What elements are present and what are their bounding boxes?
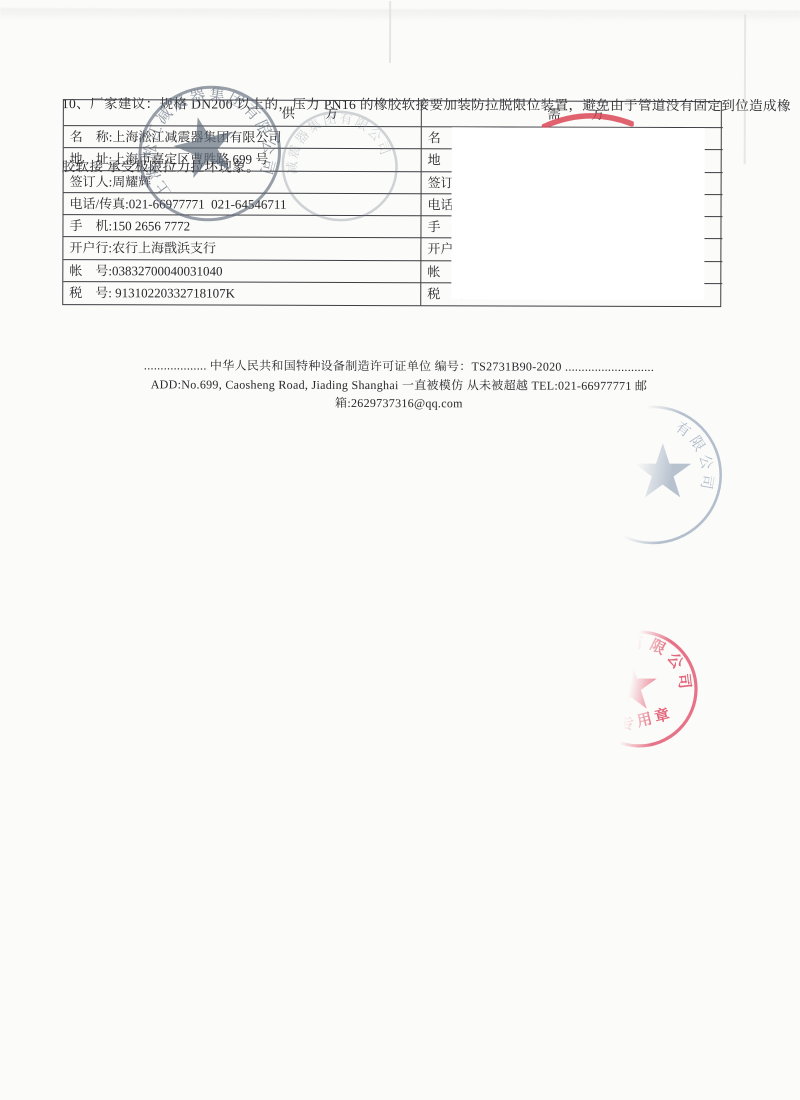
red-arc-path xyxy=(544,116,632,127)
star-icon xyxy=(605,660,656,709)
svg-text:有限公司: 有限公司 xyxy=(672,418,717,494)
email-line: 箱:2629737316@qq.com xyxy=(27,393,771,414)
scan-shadow-band xyxy=(0,8,800,23)
supplier-bank-cell: 开户行:农行上海戬浜支行 xyxy=(63,237,421,260)
supplier-address-cell: 地 址:上海市嘉定区曹胜路 699 号 xyxy=(64,148,422,171)
license-line: ................... 中华人民共和国特种设备制造许可证单位 编… xyxy=(27,356,771,377)
scanned-contract-page: 10、厂家建议：规格 DN200 以上的，压力 PN16 的橡胶软接要加装防拉脱… xyxy=(0,0,800,1100)
supplier-name-cell: 名 称:上海淞江减震器集团有限公司 xyxy=(64,126,422,149)
supplier-phone-cell: 电话/传真:021-66977771 021-64546711 xyxy=(64,193,422,216)
red-stamp-arc xyxy=(542,107,634,129)
supplier-signer-cell: 签订人:周耀辉 xyxy=(64,171,422,194)
scan-content: 10、厂家建议：规格 DN200 以上的，压力 PN16 的橡胶软接要加装防拉脱… xyxy=(0,0,800,1100)
svg-text:有限公司: 有限公司 xyxy=(628,634,695,695)
faint-company-seal-stamp: 有限公司 xyxy=(572,395,733,556)
red-company-seal-stamp: 有限公司 专用章 xyxy=(569,619,709,759)
seal-ring-text: 有限公司 xyxy=(628,634,695,695)
whiteout-patch xyxy=(451,127,705,300)
seal-ring xyxy=(582,632,696,746)
seal-ring xyxy=(584,407,720,543)
supplier-tax-cell: 税 号: 91310220332718107K xyxy=(63,282,421,305)
license-footer: ................... 中华人民共和国特种设备制造许可证单位 编… xyxy=(27,356,771,414)
star-icon xyxy=(634,443,691,497)
supplier-account-cell: 帐 号:03832700040031040 xyxy=(63,260,421,283)
supplier-mobile-cell: 手 机:150 2656 7772 xyxy=(63,215,421,238)
seal-bottom-text: 专用章 xyxy=(618,704,675,734)
address-line: ADD:No.699, Caosheng Road, Jiading Shang… xyxy=(27,374,771,395)
seal-ring-text: 有限公司 xyxy=(672,418,717,494)
supplier-column-header: 供 方 xyxy=(64,100,422,127)
